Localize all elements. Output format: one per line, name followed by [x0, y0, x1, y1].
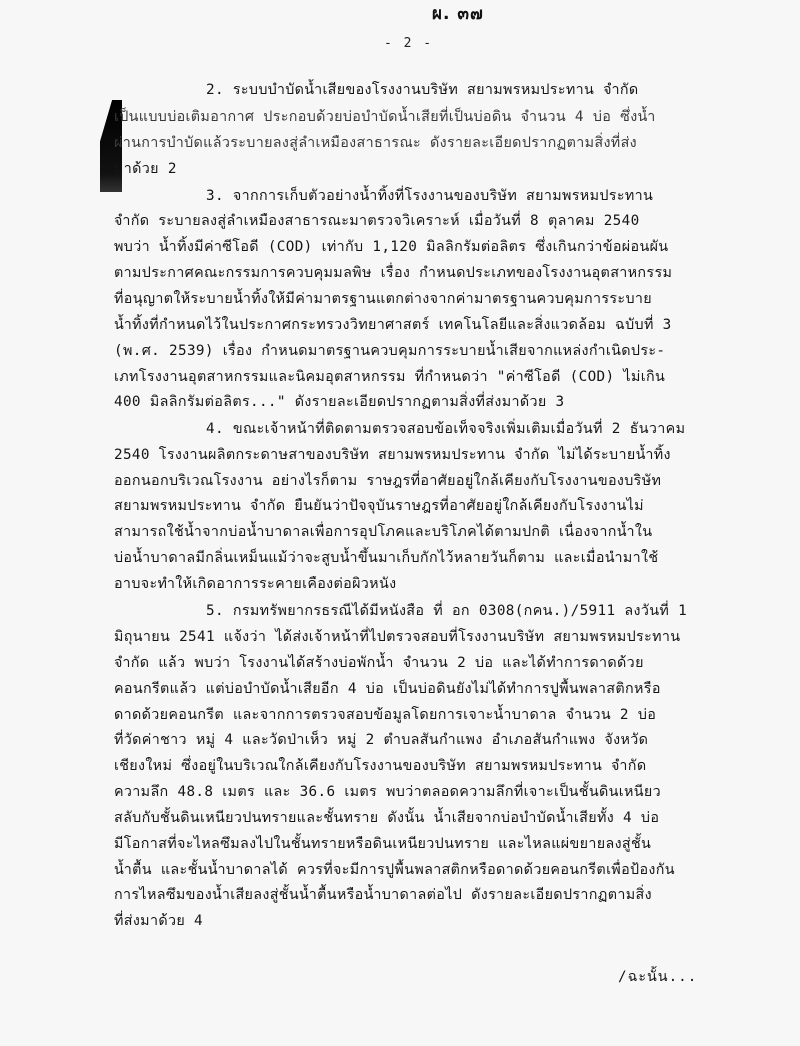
paragraph-line: 4. ขณะเจ้าหน้าที่ติดตามตรวจสอบข้อเท็จจริ…	[206, 420, 700, 438]
paragraph-line: การไหลซึมของน้ำเสียลงสู่ชั้นน้ำตื้นหรือน…	[114, 886, 700, 904]
page-number: - 2 -	[384, 36, 433, 51]
paragraph-line: มิถุนายน 2541 แจ้งว่า ได้ส่งเจ้าหน้าที่ไ…	[114, 628, 700, 646]
paragraph-line: จำกัด ระบายลงสู่ลำเหมืองสาธารณะมาตรวจวิเ…	[114, 212, 700, 230]
paragraph-line: ที่อนุญาตให้ระบายน้ำทิ้งให้มีค่ามาตรฐานแ…	[114, 290, 700, 308]
paragraph-line: ที่ส่งมาด้วย 4	[114, 912, 700, 930]
paragraph-line: (พ.ศ. 2539) เรื่อง กำหนดมาตรฐานควบคุมการ…	[114, 342, 700, 360]
document-code: ผ. ๓๗	[432, 0, 484, 27]
paragraph-line: เป็นแบบบ่อเติมอากาศ ประกอบด้วยบ่อบำบัดน้…	[114, 108, 700, 126]
paragraph-line: น้ำทิ้งที่กำหนดไว้ในประกาศกระทรวงวิทยาศา…	[114, 316, 700, 334]
paragraph-line: อาบจะทำให้เกิดอาการระคายเคืองต่อผิวหนัง	[114, 575, 700, 593]
paragraph-line: 2540 โรงงานผลิตกระดาษสาของบริษัท สยามพรห…	[114, 446, 700, 464]
paragraph-line: เชียงใหม่ ซึ่งอยู่ในบริเวณใกล้เคียงกับโร…	[114, 757, 700, 775]
paragraph-line: บ่อน้ำบาดาลมีกลิ่นเหม็นแม้ว่าจะสูบน้ำขึ้…	[114, 549, 700, 567]
paragraph-line: 5. กรมทรัพยากรธรณีได้มีหนังสือ ที่ อก 03…	[206, 602, 700, 620]
paragraph-line: ความลึก 48.8 เมตร และ 36.6 เมตร พบว่าตลอ…	[114, 783, 700, 801]
paragraph-line: 3. จากการเก็บตัวอย่างน้ำทิ้งที่โรงงานของ…	[206, 187, 700, 205]
continuation-marker: /ฉะนั้น...	[618, 966, 697, 988]
paragraph-line: น้ำตื้น และชั้นน้ำบาดาลได้ ควรที่จะมีการ…	[114, 861, 700, 879]
document-page: ผ. ๓๗ - 2 - 2. ระบบบำบัดน้ำเสียของโรงงาน…	[0, 0, 800, 1046]
paragraph-line: มีโอกาสที่จะไหลซึมลงไปในชั้นทรายหรือดินเ…	[114, 835, 700, 853]
paragraph-line: สลับกับชั้นดินเหนียวปนทรายและชั้นทราย ดั…	[114, 809, 700, 827]
paragraph-line: 2. ระบบบำบัดน้ำเสียของโรงงานบริษัท สยามพ…	[206, 81, 700, 99]
paragraph-line: จำกัด แล้ว พบว่า โรงงานได้สร้างบ่อพักน้ำ…	[114, 654, 700, 672]
paragraph-line: ตามประกาศคณะกรรมการควบคุมมลพิษ เรื่อง กำ…	[114, 264, 700, 282]
paragraph-line: เภทโรงงานอุตสาหกรรมและนิคมอุตสาหกรรม ที่…	[114, 368, 700, 386]
paragraph-line: 400 มิลลิกรัมต่อลิตร..." ดังรายละเอียดปร…	[114, 393, 700, 411]
paragraph-line: สยามพรหมประทาน จำกัด ยืนยันว่าปัจจุบันรา…	[114, 497, 700, 515]
paragraph-line: คอนกรีตแล้ว แต่บ่อบำบัดน้ำเสียอีก 4 บ่อ …	[114, 680, 700, 698]
paragraph-line: ผ่านการบำบัดแล้วระบายลงสู่ลำเหมืองสาธารณ…	[114, 134, 700, 152]
paragraph-line: มาด้วย 2	[114, 160, 700, 178]
paragraph-line: ออกนอกบริเวณโรงงาน อย่างไรก็ตาม ราษฎรที่…	[114, 472, 700, 490]
paragraph-line: สามารถใช้น้ำจากบ่อน้ำบาดาลเพื่อการอุปโภค…	[114, 523, 700, 541]
paragraph-line: ที่วัดค่าชาว หมู่ 4 และวัดป่าเห็ว หมู่ 2…	[114, 731, 700, 749]
paragraph-line: พบว่า น้ำทิ้งมีค่าซีโอดี (COD) เท่ากับ 1…	[114, 238, 700, 256]
paragraph-line: ดาดด้วยคอนกรีต และจากการตรวจสอบข้อมูลโดย…	[114, 706, 700, 724]
